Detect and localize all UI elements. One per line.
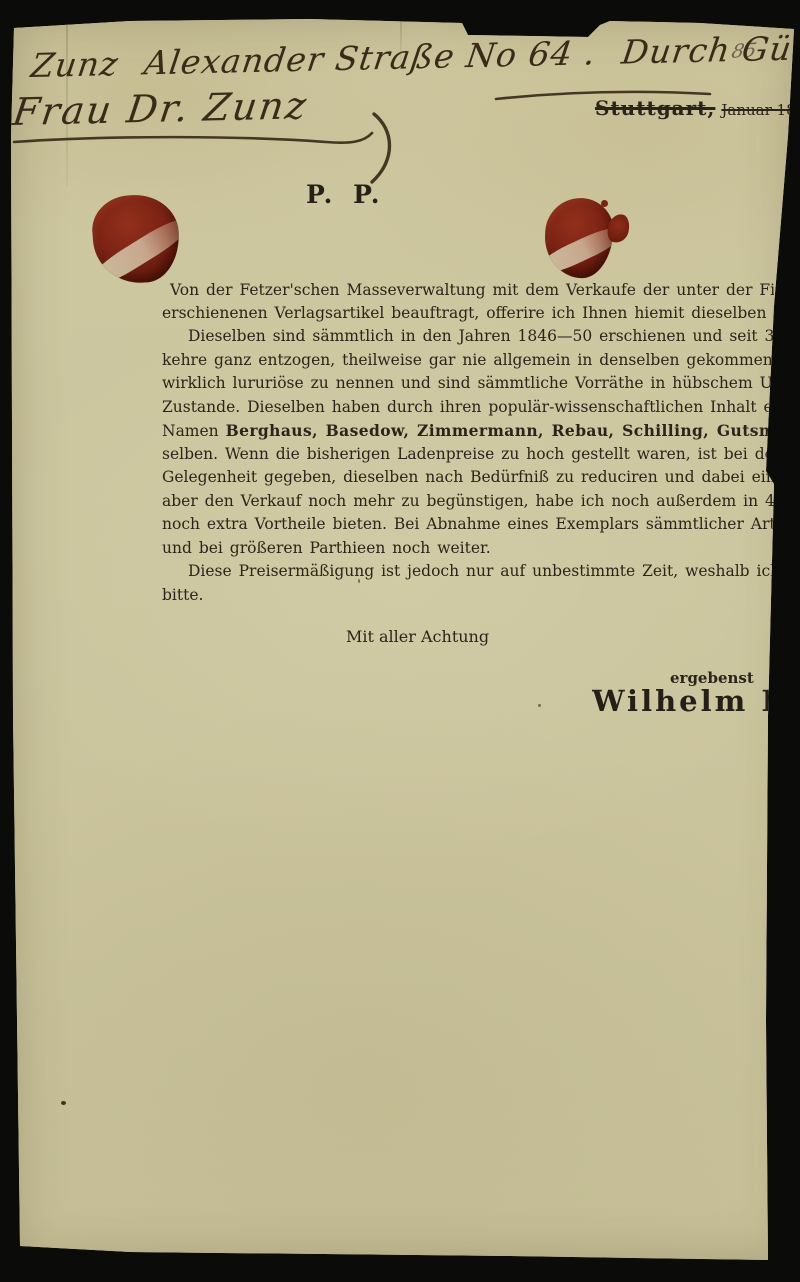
dateline: Stuttgart,Januar 1854. [595,96,800,120]
body-text: Diese Preisermäßigung ist jedoch nur auf… [188,562,774,580]
handwritten-recipient-name: Frau Dr. Zunz [10,83,311,134]
body-line: noch extra Vortheile bieten. Bei Abnahme… [162,513,774,537]
body-line: selben. Wenn die bisherigen Ladenpreise … [162,443,774,467]
letter-body: Von der Fetzer'schen Masseverwaltung mit… [162,278,774,607]
body-line: Diese Preisermäßigung ist jedoch nur auf… [162,560,774,584]
signature-wrap: Wilhelm Bach [592,684,792,718]
body-text: bitte. [162,586,203,604]
body-text: aber den Verkauf noch mehr zu begünstige… [162,492,774,510]
body-text-bold: Berghaus, Basedow, Zimmermann, Rebau, Sc… [226,421,774,440]
body-line: Gelegenheit gegeben, dieselben nach Bedü… [162,466,774,490]
photo-background: { "colors": { "background": "#0b0b0a", "… [0,0,800,1282]
handwritten-name: Zunz [29,44,121,85]
body-line: aber den Verkauf noch mehr zu begünstige… [162,490,774,514]
wax-seal-highlight [90,213,182,286]
handwriting-gap [594,64,620,65]
body-line: und bei größeren Parthieen noch weiter. [162,537,774,561]
body-text: Zustande. Dieselben haben durch ihren po… [162,398,774,416]
salutation: P. P. [306,180,382,209]
wax-seal-droplet [601,200,608,207]
body-line: Von der Fetzer'schen Masseverwaltung mit… [162,278,774,302]
body-line: bitte. [162,584,774,608]
handwritten-note: Durch Güte . [619,27,800,71]
handwritten-recipient-line: ZunzAlexander Straße No 64 .Durch Güte . [29,27,800,85]
body-text: Dieselben sind sämmtlich in den Jahren 1… [188,327,774,345]
paper-speck [538,704,541,707]
body-line: Zustande. Dieselben haben durch ihren po… [162,396,774,420]
body-line: Dieselben sind sämmtlich in den Jahren 1… [162,325,774,349]
body-text: Namen [162,422,226,440]
body-text: Von der Fetzer'schen Masseverwaltung mit… [170,281,774,299]
body-text: Gelegenheit gegeben, dieselben nach Bedü… [162,468,774,486]
wax-seal-right [543,196,615,279]
dateline-city: Stuttgart, [595,96,715,120]
body-text: noch extra Vortheile bieten. Bei Abnahme… [162,515,774,533]
body-text: erschienenen Verlagsartikel beauftragt, … [162,304,774,322]
body-line: Namen Berghaus, Basedow, Zimmermann, Reb… [162,419,774,443]
dateline-date: Januar 1854. [721,101,800,119]
body-text: kehre ganz entzogen, theilweise gar nie … [162,351,774,369]
body-line: erschienenen Verlagsartikel beauftragt, … [162,302,774,326]
signature: Wilhelm Bach [592,684,792,718]
body-text: selben. Wenn die bisherigen Ladenpreise … [162,445,774,463]
paper-sheet: 85 ZunzAlexander Straße No 64 .Durch Güt… [10,16,796,1264]
body-line: kehre ganz entzogen, theilweise gar nie … [162,349,774,373]
body-line: wirklich lururiöse zu nennen und sind sä… [162,372,774,396]
handwritten-address: Alexander Straße No 64 . [142,33,599,82]
closing-courtesy: Mit aller Achtung [346,627,489,646]
handwriting-gap [117,74,143,75]
wax-seal-highlight [543,222,615,278]
body-text: und bei größeren Parthieen noch weiter. [162,539,491,557]
body-text: wirklich lururiöse zu nennen und sind sä… [162,374,774,392]
paper-speck [358,579,360,583]
wax-seal-left [90,192,182,286]
paper-speck [61,1101,66,1105]
